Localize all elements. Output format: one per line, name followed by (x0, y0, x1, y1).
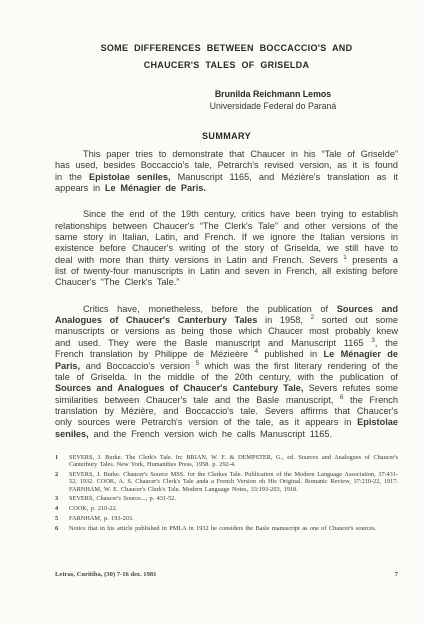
footnote-text: SEVERS, J. Burke. The Clerk's Tale. In: … (69, 454, 398, 469)
body-paragraphs: This paper tries to demonstrate that Cha… (55, 149, 398, 440)
footnote-item: 3SEVERS, Chaucer's Source..., p. 431-52. (55, 495, 398, 502)
document-page: SOME DIFFERENCES BETWEEN BOCCACCIO'S AND… (0, 0, 425, 624)
author-affiliation: Universidade Federal do Paraná (148, 100, 398, 112)
footnote-number: 3 (55, 495, 69, 502)
footnote-text: FARNHAM, p. 193-203. (69, 515, 398, 522)
text-run: and Boccaccio's version (80, 361, 196, 371)
paper-title: SOME DIFFERENCES BETWEEN BOCCACCIO'S AND… (55, 40, 398, 74)
text-run: and the French version wich he calls Man… (89, 429, 332, 439)
paper-title-line-2: CHAUCER'S TALES OF GRISELDA (55, 57, 398, 74)
footnote-number: 5 (55, 515, 69, 522)
footnote-text: SEVERS, Chaucer's Source..., p. 431-52. (69, 495, 398, 502)
footnote-number: 4 (55, 505, 69, 512)
paper-title-line-1: SOME DIFFERENCES BETWEEN BOCCACCIO'S AND (55, 40, 398, 57)
text-run: in 1958, (257, 315, 310, 325)
footnote-item: 5FARNHAM, p. 193-203. (55, 515, 398, 522)
page-footer: Letras, Curitiba, (30) 7-16 dez. 1981 7 (55, 571, 398, 578)
text-run: published in (258, 349, 324, 359)
author-block: Brunilda Reichmann Lemos Universidade Fe… (148, 88, 398, 112)
text-run: Critics have, monetheless, before the pu… (83, 304, 337, 314)
footnote-item: 2SEVERS, J. Burke. Chaucer's Source MSS.… (55, 471, 398, 493)
footnotes: 1SEVERS, J. Burke. The Clerk's Tale. In:… (55, 454, 398, 532)
summary-heading: SUMMARY (55, 131, 398, 141)
page-number: 7 (395, 571, 398, 578)
paragraph-3: Critics have, monetheless, before the pu… (55, 304, 398, 440)
summary-paragraph: This paper tries to demonstrate that Cha… (55, 149, 398, 194)
footnote-text: Notice that in his article published in … (69, 525, 398, 532)
bold-text: Le Ménagier de Paris. (105, 183, 206, 193)
footnote-item: 6Notice that in his article published in… (55, 525, 398, 532)
footnote-number: 6 (55, 525, 69, 532)
paragraph-2: Since the end of the 19th century, criti… (55, 209, 398, 288)
footnote-number: 1 (55, 454, 69, 469)
footnote-item: 4COOK, p. 210-22. (55, 505, 398, 512)
footnote-text: COOK, p. 210-22. (69, 505, 398, 512)
bold-text: Epistolae seniles, (89, 172, 171, 182)
bold-text: Sources and Analogues of Chaucer's Cante… (55, 383, 303, 393)
footnote-item: 1SEVERS, J. Burke. The Clerk's Tale. In:… (55, 454, 398, 469)
author-name: Brunilda Reichmann Lemos (148, 88, 398, 100)
footnote-text: SEVERS, J. Burke. Chaucer's Source MSS. … (69, 471, 398, 493)
footnote-number: 2 (55, 471, 69, 493)
journal-info: Letras, Curitiba, (30) 7-16 dez. 1981 (55, 571, 156, 578)
